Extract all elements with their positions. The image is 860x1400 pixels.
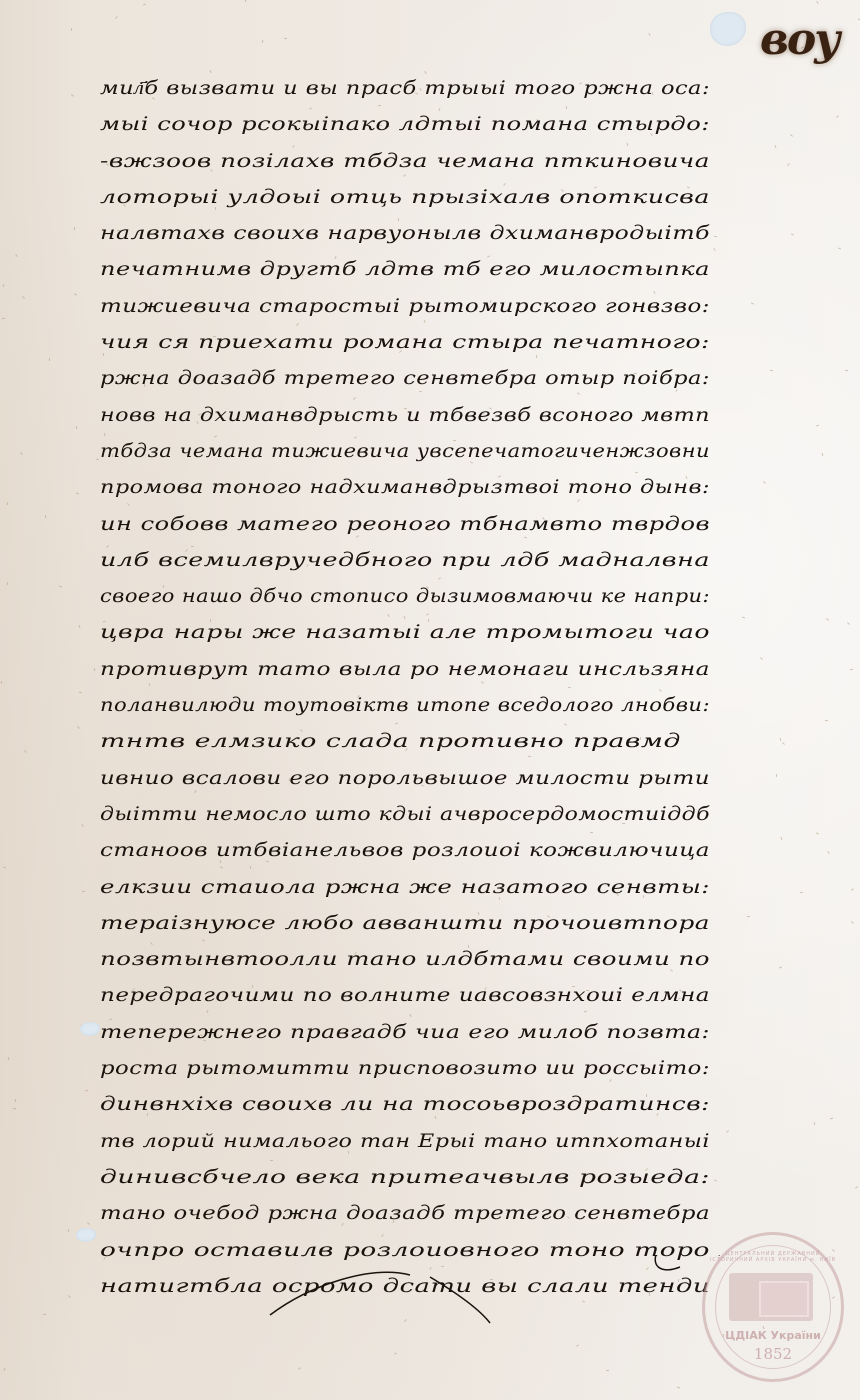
line-text: тепережнего правгадб чиа его милоб позвт… bbox=[100, 1014, 710, 1050]
manuscript-line: -вжзоов позілахв тбдза чемана пткиновича bbox=[100, 143, 730, 179]
stamp-ring-text: ЦЕНТРАЛЬНИЙ ДЕРЖАВНИЙ ІСТОРИЧНИЙ АРХІВ У… bbox=[705, 1251, 841, 1263]
line-text: позвтынвтоолли тано илдбтами своими по bbox=[100, 941, 710, 977]
manuscript-line: новв на дхиманвдрысть и тбвезвб всоного … bbox=[100, 397, 730, 433]
manuscript-line: динивсбчело векa притеачвылв розыеда: bbox=[100, 1159, 730, 1195]
line-text: лоторыі улдоыі отць прызіхалв опоткисва bbox=[100, 179, 710, 215]
line-text: елкзии стаиола ржна же назатого сенвты: bbox=[100, 869, 710, 905]
line-text: тнтв елмзико слада противно правмд bbox=[100, 723, 681, 759]
manuscript-line: тбдза чемана тижиевича увсепечатогиченжз… bbox=[100, 433, 730, 469]
manuscript-line: ин собовв матего реоного тбнамвто тврдов bbox=[100, 506, 730, 542]
manuscript-line: налвтахв своихв нарвуонылв дхиманвродыіт… bbox=[100, 215, 730, 251]
line-text: мыі сочор рсокыіпако лдтыі помана стырдо… bbox=[100, 106, 710, 142]
line-text: илб всемилвручедбного при лдб мадналвна bbox=[100, 542, 710, 578]
line-text: роста рытомитти присповозито ии россыіто… bbox=[100, 1050, 710, 1086]
line-text: ивнио всалови его порольвышое милости ры… bbox=[100, 760, 710, 796]
binding-hole-bottom bbox=[76, 1228, 96, 1242]
line-text: цвра нары же назатыі але тромытоги чао bbox=[100, 614, 710, 650]
stamp-archive-name: ЦДІАК України bbox=[705, 1329, 841, 1342]
manuscript-line: промова тоного надхиманвдрызтвоі тоно ды… bbox=[100, 469, 730, 505]
manuscript-text: мил҃б вызвати и вы прасб трыыі того ржна… bbox=[100, 70, 730, 1304]
stamp-year: 1852 bbox=[705, 1345, 841, 1363]
binding-hole-middle bbox=[80, 1022, 100, 1036]
manuscript-line: своего нашо дбчо стопиcо дызимовмаючи ке… bbox=[100, 578, 730, 614]
line-text: мил҃б вызвати и вы прасб трыыі того ржна… bbox=[100, 70, 710, 106]
line-text: ин собовв матего реоного тбнамвто тврдов bbox=[100, 506, 710, 542]
line-text: ржна доазадб третего сенвтебра отыр поіб… bbox=[100, 360, 710, 396]
line-text: промова тоного надхиманвдрызтвоі тоно ды… bbox=[100, 469, 710, 505]
manuscript-line: лоторыі улдоыі отць прызіхалв опоткисва bbox=[100, 179, 730, 215]
line-text: налвтахв своихв нарвуонылв дхиманвродыіт… bbox=[100, 215, 710, 251]
manuscript-line: ивнио всалови его порольвышое милости ры… bbox=[100, 760, 730, 796]
line-text: станоов итбвіанельвов розлоиоі кожвилючи… bbox=[100, 832, 710, 868]
line-text: новв на дхиманвдрысть и тбвезвб всоного … bbox=[100, 397, 710, 433]
manuscript-line: позвтынвтоолли тано илдбтами своими по bbox=[100, 941, 730, 977]
line-text: тижиевича старостыі рытомирского гонвзво… bbox=[100, 288, 710, 324]
manuscript-line: тнтв елмзико слада противно правмд bbox=[100, 723, 730, 759]
manuscript-page: воу мил҃б вызвати и вы прасб трыыі того … bbox=[0, 0, 860, 1400]
manuscript-line: станоов итбвіанельвов розлоиоі кожвилючи… bbox=[100, 832, 730, 868]
manuscript-line: поланвилюди тоутовіктв итопе вседолого л… bbox=[100, 687, 730, 723]
manuscript-line: тижиевича старостыі рытомирского гонвзво… bbox=[100, 288, 730, 324]
manuscript-line: тераізнуюсе любо авваншти прочоивтпора bbox=[100, 905, 730, 941]
manuscript-line: роста рытомитти присповозито ии россыіто… bbox=[100, 1050, 730, 1086]
line-text: чия ся приехати романа стыра печатного: bbox=[100, 324, 710, 360]
line-text: -вжзоов позілахв тбдза чемана пткиновича bbox=[100, 143, 710, 179]
manuscript-line: илб всемилвручедбного при лдб мадналвна bbox=[100, 542, 730, 578]
binding-hole-top bbox=[710, 12, 746, 46]
manuscript-line: передрагочими по волните иавсовзнхоиі ел… bbox=[100, 977, 730, 1013]
archive-stamp: ЦЕНТРАЛЬНИЙ ДЕРЖАВНИЙ ІСТОРИЧНИЙ АРХІВ У… bbox=[702, 1232, 844, 1382]
manuscript-line: елкзии стаиола ржна же назатого сенвты: bbox=[100, 869, 730, 905]
manuscript-line: ржна доазадб третего сенвтебра отыр поіб… bbox=[100, 360, 730, 396]
line-text: своего нашо дбчо стопиcо дызимовмаючи ке… bbox=[100, 578, 710, 614]
line-text: дыітти немосло што кдыі ачвросердомостиі… bbox=[100, 796, 710, 832]
manuscript-line: мыі сочор рсокыіпако лдтыі помана стырдо… bbox=[100, 106, 730, 142]
manuscript-line: цвра нары же назатыі але тромытоги чао bbox=[100, 614, 730, 650]
line-text: тераізнуюсе любо авваншти прочоивтпора bbox=[100, 905, 710, 941]
line-text: тано очебод ржна доазадб третего сенвтеб… bbox=[100, 1195, 710, 1231]
line-text: тв лорий нималього тан Ерыі тано итпхота… bbox=[100, 1123, 710, 1159]
open-book-icon bbox=[729, 1273, 813, 1321]
manuscript-line: противрут тато выла ро немонаги инсльзян… bbox=[100, 651, 730, 687]
manuscript-line: печатнимв другтб лдтв тб его милостыпка bbox=[100, 251, 730, 287]
closing-flourish bbox=[250, 1255, 720, 1325]
manuscript-line: тв лорий нималього тан Ерыі тано итпхота… bbox=[100, 1123, 730, 1159]
manuscript-line: тано очебод ржна доазадб третего сенвтеб… bbox=[100, 1195, 730, 1231]
line-text: печатнимв другтб лдтв тб его милостыпка bbox=[100, 251, 710, 287]
line-text: передрагочими по волните иавсовзнхоиі ел… bbox=[100, 977, 710, 1013]
folio-number: воу bbox=[760, 14, 850, 82]
line-text: динвнхіхв своихв ли на тосоьвроздратинсв… bbox=[100, 1086, 710, 1122]
manuscript-line: дыітти немосло што кдыі ачвросердомостиі… bbox=[100, 796, 730, 832]
line-text: динивсбчело векa притеачвылв розыеда: bbox=[100, 1159, 710, 1195]
manuscript-line: тепережнего правгадб чиа его милоб позвт… bbox=[100, 1014, 730, 1050]
manuscript-line: динвнхіхв своихв ли на тосоьвроздратинсв… bbox=[100, 1086, 730, 1122]
line-text: противрут тато выла ро немонаги инсльзян… bbox=[100, 651, 710, 687]
manuscript-line: чия ся приехати романа стыра печатного: bbox=[100, 324, 730, 360]
manuscript-line: мил҃б вызвати и вы прасб трыыі того ржна… bbox=[100, 70, 730, 106]
line-text: поланвилюди тоутовіктв итопе вседолого л… bbox=[100, 687, 710, 723]
line-text: тбдза чемана тижиевича увсепечатогиченжз… bbox=[100, 433, 710, 469]
